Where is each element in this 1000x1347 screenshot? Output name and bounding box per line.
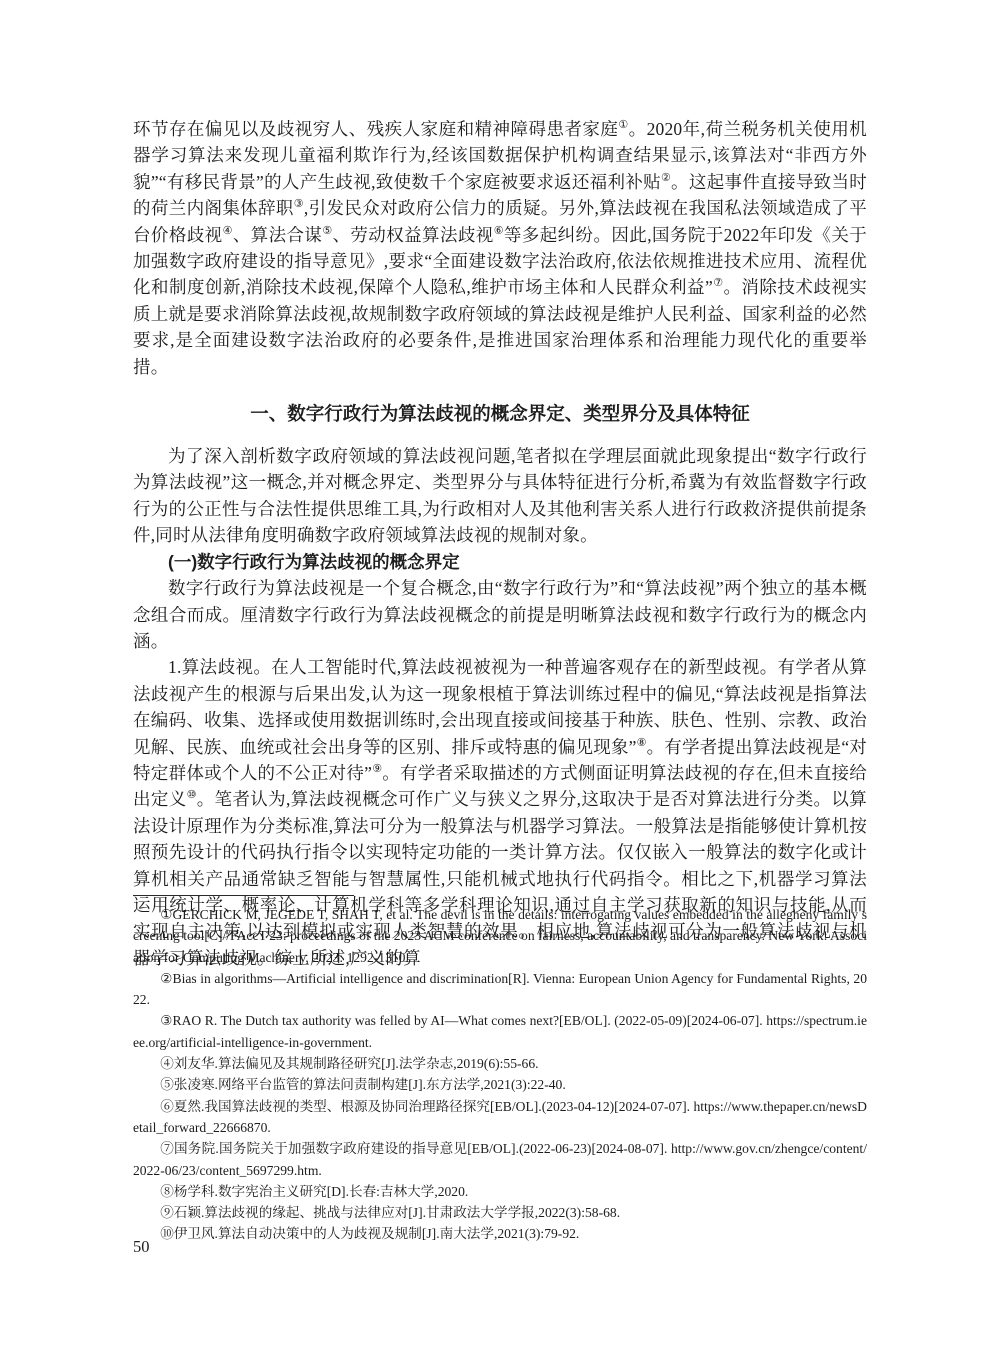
footnote-9: ⑨石颖.算法歧视的缘起、挑战与法律应对[J].甘肃政法大学学报,2022(3):… bbox=[133, 1202, 867, 1223]
page-number: 50 bbox=[133, 1236, 150, 1258]
footnote-6: ⑥夏然.我国算法歧视的类型、根源及协同治理路径探究[EB/OL].(2023-0… bbox=[133, 1096, 867, 1139]
paragraph-definition: 数字行政行为算法歧视是一个复合概念,由“数字行政行为”和“算法歧视”两个独立的基… bbox=[133, 575, 867, 654]
paragraph-intro: 为了深入剖析数字政府领域的算法歧视问题,笔者拟在学理层面就此现象提出“数字行政行… bbox=[133, 443, 867, 549]
footnote-10: ⑩伊卫风.算法自动决策中的人为歧视及规制[J].南大法学,2021(3):79-… bbox=[133, 1223, 867, 1244]
footnote-8: ⑧杨学科.数字宪治主义研究[D].长春:吉林大学,2020. bbox=[133, 1181, 867, 1202]
footnote-7: ⑦国务院.国务院关于加强数字政府建设的指导意见[EB/OL].(2022-06-… bbox=[133, 1138, 867, 1181]
article-body: 环节存在偏见以及歧视穷人、残疾人家庭和精神障碍患者家庭①。2020年,荷兰税务机… bbox=[133, 116, 867, 971]
paragraph-continuation: 环节存在偏见以及歧视穷人、残疾人家庭和精神障碍患者家庭①。2020年,荷兰税务机… bbox=[133, 116, 867, 380]
footnote-4: ④刘友华.算法偏见及其规制路径研究[J].法学杂志,2019(6):55-66. bbox=[133, 1053, 867, 1074]
footnote-2: ②Bias in algorithms—Artificial intellige… bbox=[133, 968, 867, 1011]
footnote-3: ③RAO R. The Dutch tax authority was fell… bbox=[133, 1010, 867, 1053]
subsection-heading: (一)数字行政行为算法歧视的概念界定 bbox=[133, 549, 867, 575]
footnotes-section: ①GERCHICK M, JEGEDE T, SHAH T, et al. Th… bbox=[133, 904, 867, 1245]
footnote-1: ①GERCHICK M, JEGEDE T, SHAH T, et al. Th… bbox=[133, 904, 867, 968]
footnote-5: ⑤张凌寒.网络平台监管的算法问责制构建[J].东方法学,2021(3):22-4… bbox=[133, 1074, 867, 1095]
journal-page: 环节存在偏见以及歧视穷人、残疾人家庭和精神障碍患者家庭①。2020年,荷兰税务机… bbox=[0, 0, 1000, 1347]
footnote-separator bbox=[133, 895, 354, 896]
section-heading: 一、数字行政行为算法歧视的概念界定、类型界分及具体特征 bbox=[133, 400, 867, 427]
